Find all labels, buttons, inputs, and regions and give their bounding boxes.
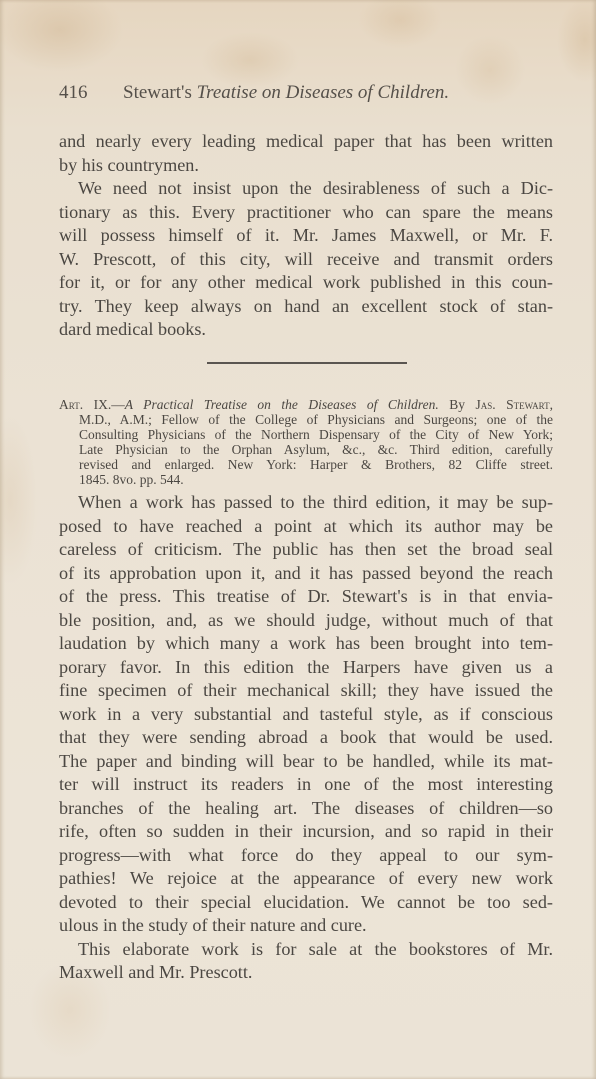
text-line: W. Prescott, of this city, will receive … xyxy=(59,248,553,272)
author-name: Jas. Stewart, xyxy=(476,397,553,412)
text-line: devoted to their special elucidation. We… xyxy=(59,891,553,915)
page-number: 416 xyxy=(59,80,123,106)
text-line: careless of criticism. The public has th… xyxy=(59,538,553,562)
citation-line: Late Physician to the Orphan Asylum, &c.… xyxy=(59,442,553,457)
text-line: will possess himself of it. Mr. James Ma… xyxy=(59,224,553,248)
running-title-prefix: Stewart's xyxy=(123,82,197,103)
text-line: branches of the healing art. The disease… xyxy=(59,797,553,821)
text-line: laudation by which many a work has been … xyxy=(59,632,553,656)
text-line: The paper and binding will bear to be ha… xyxy=(59,750,553,774)
section-divider-rule xyxy=(207,362,407,364)
text-line: This elaborate work is for sale at the b… xyxy=(59,938,553,962)
review-body: When a work has passed to the third edit… xyxy=(59,491,553,985)
text-line: that they were sending abroad a book tha… xyxy=(59,726,553,750)
text-line: fine specimen of their mechanical skill;… xyxy=(59,679,553,703)
text-line: tionary as this. Every practitioner who … xyxy=(59,201,553,225)
book-title: A Practical Treatise on the Diseases of … xyxy=(125,397,439,412)
citation-line: M.D., A.M.; Fellow of the College of Phy… xyxy=(59,412,553,427)
text-line: work in a very substantial and tasteful … xyxy=(59,703,553,727)
text-line: When a work has passed to the third edit… xyxy=(59,491,553,515)
text-line: for it, or for any other medical work pu… xyxy=(59,271,553,295)
text-line: of its approbation upon it, and it has p… xyxy=(59,562,553,586)
by-label: By xyxy=(449,397,465,412)
text-line: Maxwell and Mr. Prescott. xyxy=(59,961,553,985)
running-title-italic: Treatise on Diseases of Children. xyxy=(197,82,449,103)
running-header: 416Stewart's Treatise on Diseases of Chi… xyxy=(59,80,559,106)
text-line: posed to have reached a point at which i… xyxy=(59,515,553,539)
text-line: pathies! We rejoice at the appearance of… xyxy=(59,867,553,891)
text-line: porary favor. In this edition the Harper… xyxy=(59,656,553,680)
text-line: progress—with what force do they appeal … xyxy=(59,844,553,868)
text-line: try. They keep always on hand an excelle… xyxy=(59,295,553,319)
text-line: dard medical books. xyxy=(59,318,553,342)
text-line: We need not insist upon the desirablenes… xyxy=(59,177,553,201)
citation-first-line: Art. IX.—A Practical Treatise on the Dis… xyxy=(59,397,553,412)
text-line: ter will instruct its readers in one of … xyxy=(59,773,553,797)
article-label: Art. IX. xyxy=(59,397,111,412)
text-line: of the press. This treatise of Dr. Stewa… xyxy=(59,585,553,609)
previous-review-ending: and nearly every leading medical paper t… xyxy=(59,130,553,342)
citation-line: revised and enlarged. New York: Harper &… xyxy=(59,457,553,472)
citation-line: Consulting Physicians of the Northern Di… xyxy=(59,427,553,442)
text-line: and nearly every leading medical paper t… xyxy=(59,130,553,154)
text-line: ulous in the study of their nature and c… xyxy=(59,914,553,938)
text-line: by his countrymen. xyxy=(59,154,553,178)
article-citation: Art. IX.—A Practical Treatise on the Dis… xyxy=(59,397,553,487)
citation-line: 1845. 8vo. pp. 544. xyxy=(59,472,553,487)
text-line: rife, often so sudden in their incursion… xyxy=(59,820,553,844)
text-line: ble position, and, as we should judge, w… xyxy=(59,609,553,633)
book-page: 416Stewart's Treatise on Diseases of Chi… xyxy=(0,0,596,1079)
